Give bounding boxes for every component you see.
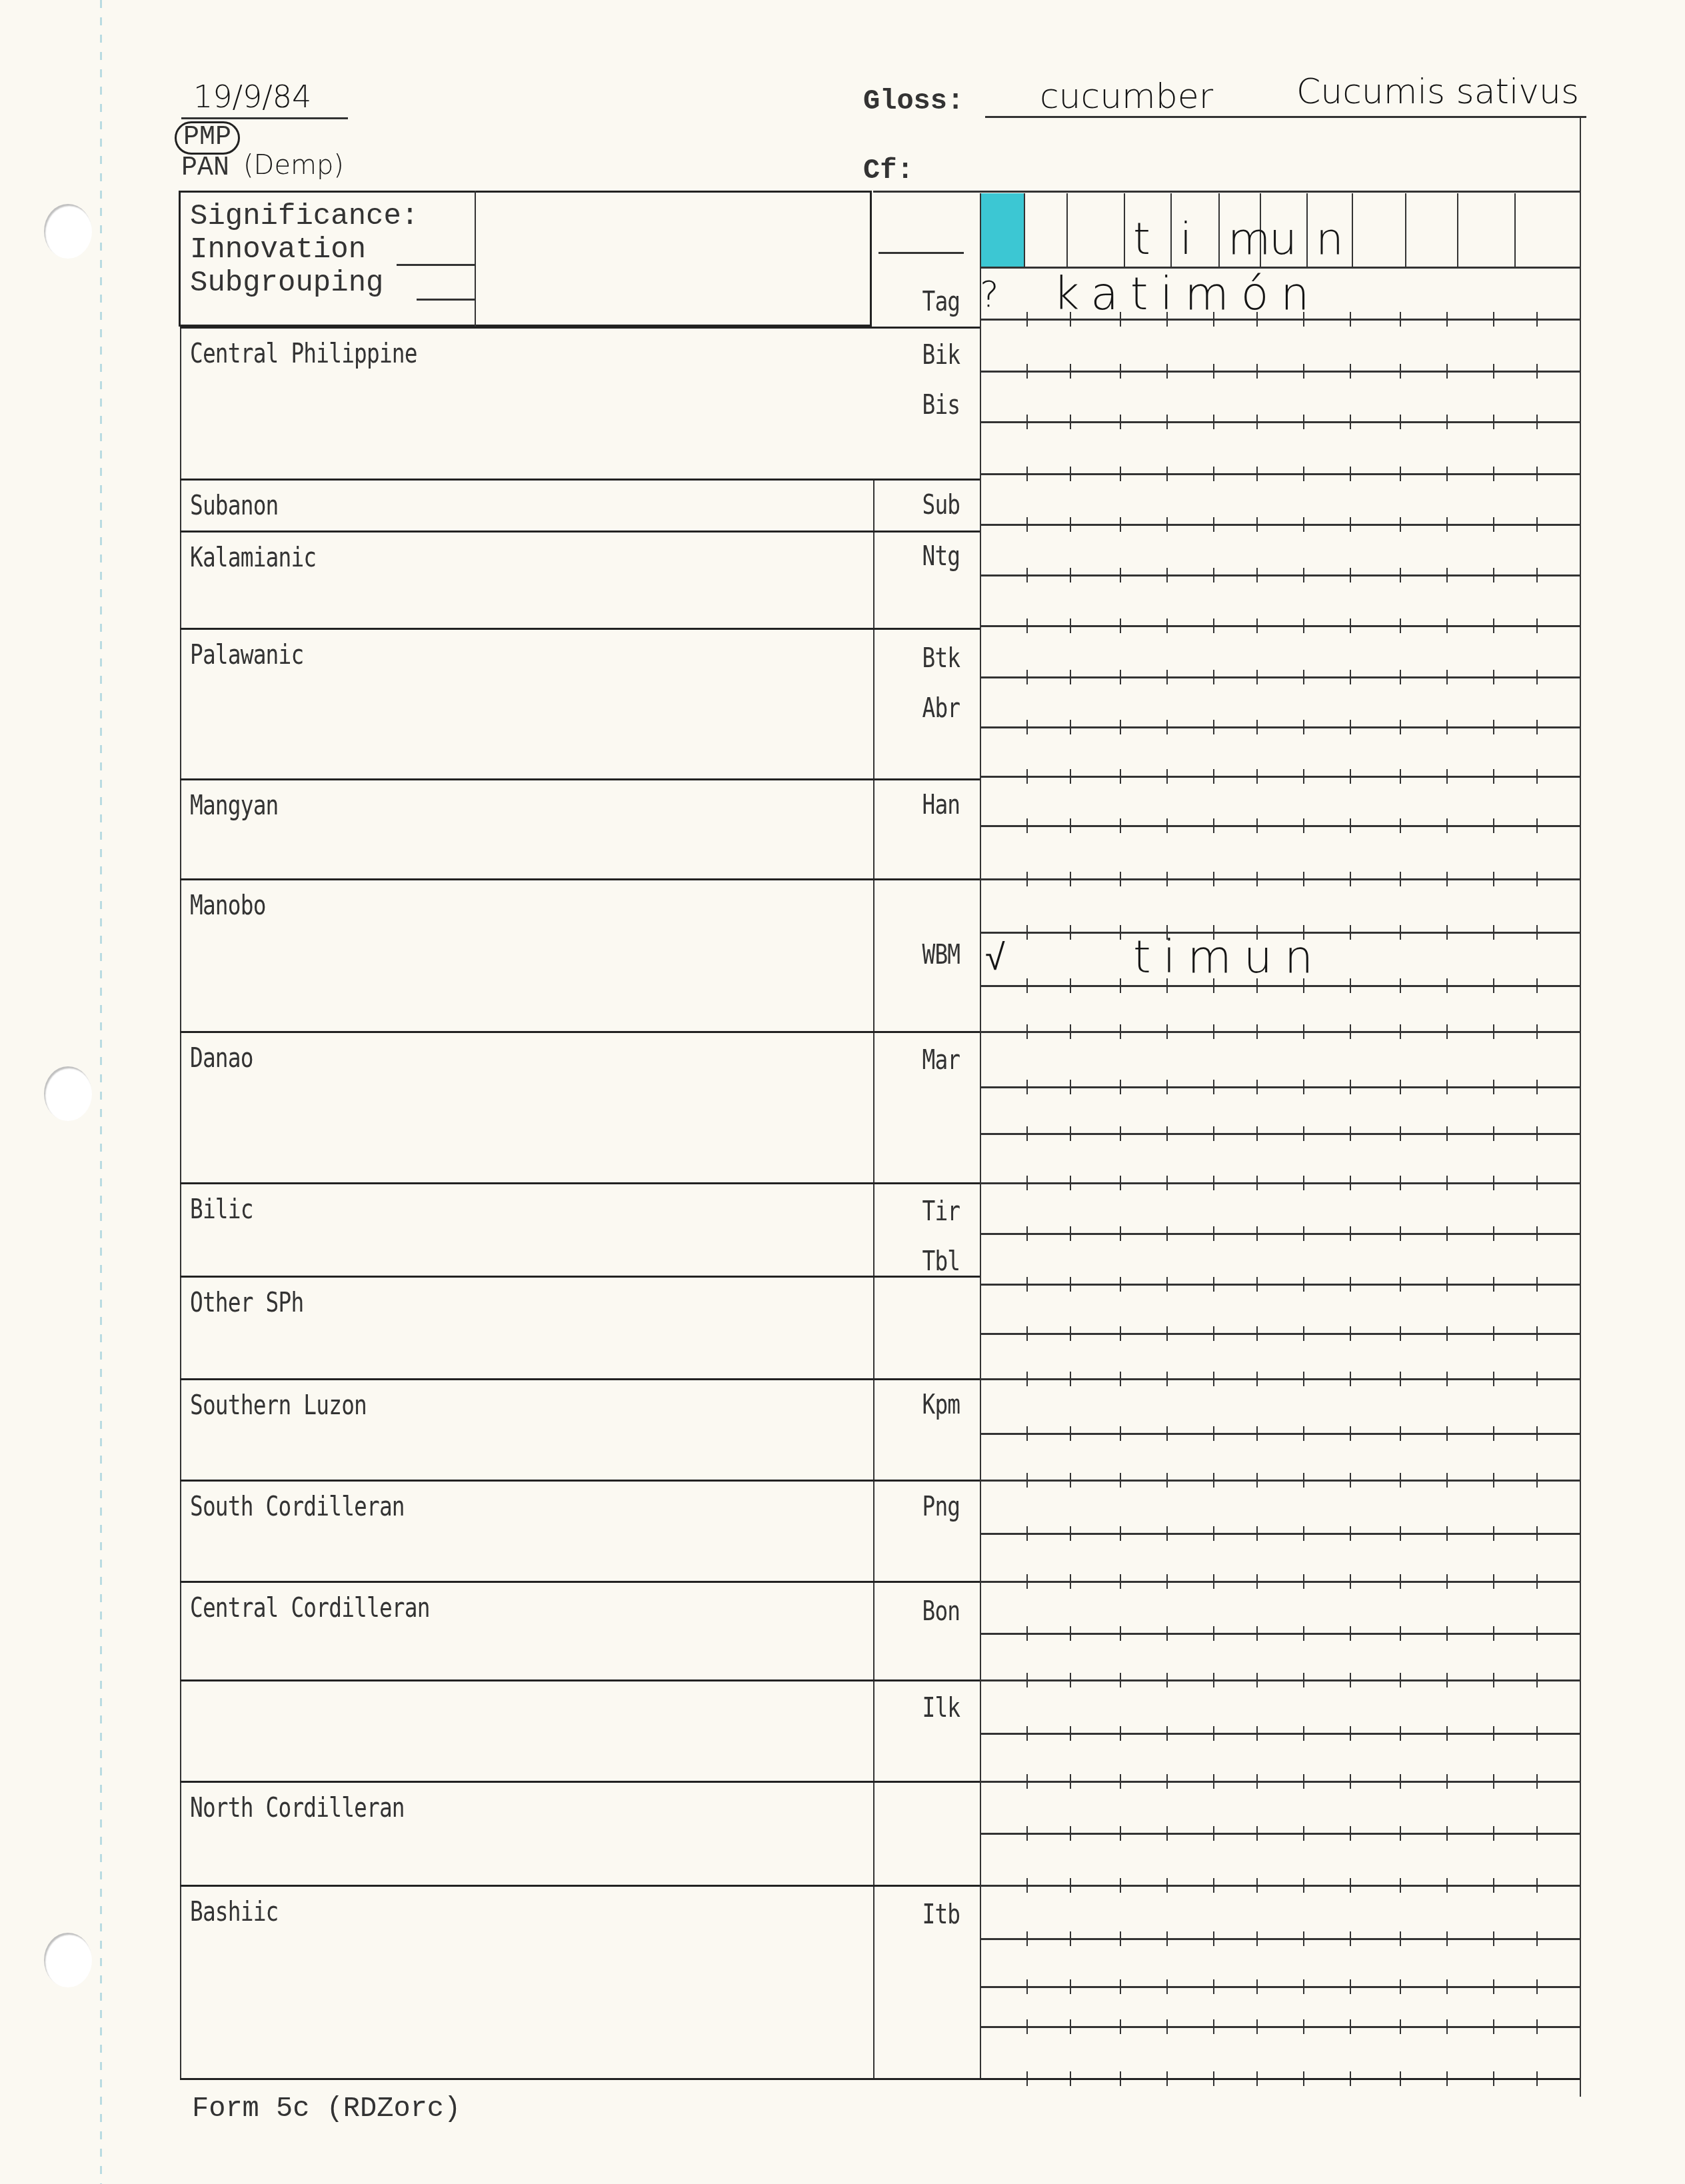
- tick-mark: [1303, 1473, 1304, 1488]
- tick-mark: [1213, 1878, 1214, 1893]
- tick-mark: [1166, 1024, 1168, 1039]
- tick-mark: [1350, 467, 1351, 481]
- tick-mark: [1493, 1473, 1494, 1488]
- tick-mark: [1026, 1126, 1028, 1141]
- language-abbr: Sub: [880, 490, 960, 521]
- tick-mark: [1350, 925, 1351, 940]
- tick-mark: [1493, 1024, 1494, 1039]
- group-name: South Cordilleran: [190, 1492, 451, 1522]
- subgrouping-label: Subgrouping: [190, 267, 419, 300]
- tick-mark: [1400, 1878, 1401, 1893]
- tick-mark: [1303, 872, 1304, 886]
- group-name-text: Palawanic: [190, 640, 303, 670]
- tick-mark: [1070, 1126, 1071, 1141]
- tick-mark: [1120, 1878, 1121, 1893]
- tick-mark: [1400, 1080, 1401, 1094]
- language-abbr: Ntg: [880, 541, 960, 572]
- significance-title: Significance:: [190, 200, 419, 233]
- tick-mark: [1120, 1024, 1121, 1039]
- tick-mark: [1400, 1526, 1401, 1541]
- tick-mark: [1213, 1673, 1214, 1687]
- language-abbr: Tag: [880, 287, 960, 317]
- grid-column-line: [1352, 193, 1353, 268]
- tick-mark: [1166, 568, 1168, 582]
- innovation-blank[interactable]: [397, 264, 475, 266]
- wbm-entry-mark: √: [985, 936, 1005, 978]
- group-name-text: Other SPh: [190, 1288, 303, 1318]
- tick-mark: [1213, 1176, 1214, 1190]
- tick-mark: [1350, 364, 1351, 379]
- tick-mark: [1536, 769, 1538, 784]
- tick-mark: [1166, 769, 1168, 784]
- tick-mark: [1350, 1878, 1351, 1893]
- tick-mark: [1166, 1726, 1168, 1741]
- tick-mark: [1400, 1979, 1401, 1994]
- tick-mark: [1120, 818, 1121, 833]
- tick-mark: [1400, 1277, 1401, 1292]
- tick-mark: [1026, 517, 1028, 532]
- tick-mark: [1446, 769, 1448, 784]
- tick-mark: [1026, 670, 1028, 684]
- tick-mark: [1536, 1931, 1538, 1946]
- tick-mark: [1350, 1024, 1351, 1039]
- language-abbr: Bon: [880, 1596, 960, 1627]
- tick-mark: [1400, 720, 1401, 734]
- tick-mark: [1070, 1024, 1071, 1039]
- group-name: North Cordilleran: [190, 1793, 451, 1823]
- language-abbr-text: Tbl: [922, 1246, 960, 1277]
- tick-mark: [1350, 1574, 1351, 1589]
- tick-mark: [1256, 1726, 1258, 1741]
- tick-mark: [1120, 925, 1121, 940]
- group-name-text: Danao: [190, 1043, 253, 1074]
- tick-mark: [1303, 618, 1304, 633]
- tick-mark: [1166, 1774, 1168, 1789]
- tick-mark: [1256, 1372, 1258, 1386]
- tick-mark: [1256, 517, 1258, 532]
- tick-mark: [1120, 618, 1121, 633]
- tick-mark: [1256, 1080, 1258, 1094]
- tick-mark: [1026, 1473, 1028, 1488]
- tick-mark: [1256, 1574, 1258, 1589]
- tick-mark: [1256, 1826, 1258, 1841]
- significance-text: Significance: Innovation Subgrouping: [190, 200, 419, 300]
- group-separator: [180, 1781, 980, 1783]
- language-abbr: Ilk: [880, 1693, 960, 1723]
- tick-mark: [1213, 1426, 1214, 1441]
- tick-mark: [1350, 1426, 1351, 1441]
- tick-mark: [1400, 670, 1401, 684]
- tick-mark: [1213, 1931, 1214, 1946]
- tick-mark: [1536, 1080, 1538, 1094]
- tick-mark: [1446, 1024, 1448, 1039]
- tick-mark: [1070, 670, 1071, 684]
- tag-entry-form[interactable]: katimón: [1053, 268, 1321, 321]
- level-note: (Demp): [243, 150, 344, 181]
- tick-mark: [1446, 1526, 1448, 1541]
- tick-mark: [1213, 1024, 1214, 1039]
- tick-mark: [1166, 517, 1168, 532]
- tick-mark: [1350, 1979, 1351, 1994]
- tick-mark: [1213, 720, 1214, 734]
- tick-mark: [1400, 1774, 1401, 1789]
- tick-mark: [1070, 1226, 1071, 1241]
- tick-mark: [1350, 312, 1351, 327]
- tick-mark: [1120, 1673, 1121, 1687]
- tick-mark: [1256, 1626, 1258, 1641]
- tick-mark: [1446, 1826, 1448, 1841]
- tick-mark: [1446, 415, 1448, 429]
- tick-mark: [1166, 1673, 1168, 1687]
- tick-mark: [1350, 1226, 1351, 1241]
- tick-mark: [1256, 769, 1258, 784]
- tick-mark: [1493, 517, 1494, 532]
- gloss-scientific[interactable]: Cucumis sativus: [1296, 72, 1579, 112]
- tick-mark: [1493, 467, 1494, 481]
- tick-mark: [1493, 670, 1494, 684]
- tick-mark: [1446, 1326, 1448, 1341]
- tick-mark: [1350, 618, 1351, 633]
- tick-mark: [1446, 1673, 1448, 1687]
- tick-mark: [1120, 872, 1121, 886]
- tick-mark: [1026, 1526, 1028, 1541]
- tick-mark: [1536, 978, 1538, 993]
- tick-mark: [1026, 2019, 1028, 2034]
- tick-mark: [1120, 769, 1121, 784]
- tick-mark: [1536, 2019, 1538, 2034]
- tick-mark: [1120, 720, 1121, 734]
- group-name: Bilic: [190, 1194, 267, 1225]
- tick-mark: [1350, 720, 1351, 734]
- tick-mark: [1166, 872, 1168, 886]
- tick-mark: [1166, 1826, 1168, 1841]
- tick-mark: [1446, 312, 1448, 327]
- tick-mark: [1350, 1326, 1351, 1341]
- reconstruction-dash: [878, 252, 964, 254]
- grid-column-line: [1457, 193, 1458, 268]
- tick-mark: [1166, 618, 1168, 633]
- group-name: Bashiic: [190, 1897, 298, 1927]
- tick-mark: [1350, 1372, 1351, 1386]
- tick-mark: [1493, 568, 1494, 582]
- grid-column-line: [1580, 193, 1581, 268]
- group-name: Other SPh: [190, 1288, 329, 1318]
- tick-mark: [1213, 670, 1214, 684]
- tick-mark: [1303, 364, 1304, 379]
- tick-mark: [1070, 818, 1071, 833]
- tick-mark: [1350, 1931, 1351, 1946]
- group-name: Danao: [190, 1043, 267, 1074]
- tick-mark: [1070, 1372, 1071, 1386]
- tick-mark: [1026, 1979, 1028, 1994]
- tick-mark: [1256, 415, 1258, 429]
- tick-mark: [1536, 1176, 1538, 1190]
- tick-mark: [1070, 978, 1071, 993]
- tick-mark: [1446, 1226, 1448, 1241]
- cf-label: Cf:: [863, 155, 914, 187]
- tick-mark: [1446, 2019, 1448, 2034]
- tick-mark: [1120, 364, 1121, 379]
- form-label: Form 5c (RDZorc): [192, 2093, 461, 2125]
- tick-mark: [1536, 415, 1538, 429]
- tick-mark: [1070, 568, 1071, 582]
- grid-column-line: [1218, 193, 1220, 268]
- tick-mark: [1070, 415, 1071, 429]
- tick-mark: [1256, 1526, 1258, 1541]
- tick-mark: [1213, 415, 1214, 429]
- tick-mark: [1120, 1574, 1121, 1589]
- tick-mark: [1166, 467, 1168, 481]
- tick-mark: [1350, 415, 1351, 429]
- tick-mark: [1536, 1126, 1538, 1141]
- language-abbr-text: Mar: [922, 1045, 960, 1076]
- tick-mark: [1400, 1473, 1401, 1488]
- tick-mark: [1536, 872, 1538, 886]
- tick-mark: [1493, 1277, 1494, 1292]
- tick-mark: [1446, 1726, 1448, 1741]
- tick-mark: [1213, 1726, 1214, 1741]
- date-underline: [181, 117, 348, 119]
- tick-mark: [1446, 1626, 1448, 1641]
- tick-mark: [1026, 568, 1028, 582]
- tick-mark: [1493, 1878, 1494, 1893]
- tick-mark: [1166, 364, 1168, 379]
- tick-mark: [1213, 568, 1214, 582]
- tick-mark: [1303, 720, 1304, 734]
- tick-mark: [1400, 872, 1401, 886]
- grid-column-line: [1024, 193, 1025, 268]
- tick-mark: [1070, 925, 1071, 940]
- language-abbr-text: Tag: [922, 287, 960, 317]
- language-abbr: Png: [880, 1492, 960, 1522]
- tick-mark: [1026, 1426, 1028, 1441]
- tick-mark: [1213, 1473, 1214, 1488]
- tick-mark: [1213, 618, 1214, 633]
- tick-mark: [1536, 1878, 1538, 1893]
- tick-mark: [1026, 1080, 1028, 1094]
- grid-column-line: [1066, 193, 1068, 268]
- tick-mark: [1166, 2019, 1168, 2034]
- tick-mark: [1536, 1626, 1538, 1641]
- tick-mark: [1070, 364, 1071, 379]
- tick-mark: [1446, 1372, 1448, 1386]
- language-abbr-text: Tir: [922, 1196, 960, 1227]
- language-abbr: Kpm: [880, 1390, 960, 1420]
- tick-mark: [1446, 364, 1448, 379]
- tick-mark: [1400, 769, 1401, 784]
- tick-mark: [1303, 467, 1304, 481]
- tick-mark: [1303, 1372, 1304, 1386]
- tick-mark: [1026, 1277, 1028, 1292]
- tick-mark: [1213, 1774, 1214, 1789]
- tick-mark: [1303, 1673, 1304, 1687]
- tick-mark: [1166, 1372, 1168, 1386]
- tick-mark: [1026, 618, 1028, 633]
- tick-mark: [1303, 1176, 1304, 1190]
- tick-mark: [1303, 1726, 1304, 1741]
- tick-mark: [1536, 1326, 1538, 1341]
- tick-mark: [1493, 1226, 1494, 1241]
- tick-mark: [1303, 1878, 1304, 1893]
- tick-mark: [1536, 1774, 1538, 1789]
- tick-mark: [1120, 1326, 1121, 1341]
- tick-mark: [1350, 1277, 1351, 1292]
- tick-mark: [1536, 818, 1538, 833]
- tick-mark: [1213, 1226, 1214, 1241]
- tick-mark: [1070, 1826, 1071, 1841]
- table-bottom: [180, 2078, 1580, 2080]
- tick-mark: [1026, 1326, 1028, 1341]
- wbm-entry-form[interactable]: timun: [1133, 931, 1325, 984]
- group-name-text: Central Philippine: [190, 339, 417, 369]
- tick-mark: [1120, 1626, 1121, 1641]
- tick-mark: [1350, 1673, 1351, 1687]
- tick-mark: [1536, 1473, 1538, 1488]
- tick-mark: [1303, 2019, 1304, 2034]
- language-abbr-text: Bon: [922, 1596, 960, 1627]
- language-abbr-text: Bis: [922, 390, 960, 421]
- tick-mark: [1493, 1126, 1494, 1141]
- header-bottom-line: [873, 191, 1581, 193]
- tick-mark: [1493, 1372, 1494, 1386]
- tick-mark: [1070, 1426, 1071, 1441]
- tick-mark: [1536, 1826, 1538, 1841]
- tick-mark: [1213, 1277, 1214, 1292]
- tick-mark: [1350, 818, 1351, 833]
- grid-column-line: [980, 193, 981, 268]
- reconstruction-letter: m: [1228, 213, 1270, 265]
- tick-mark: [1070, 1979, 1071, 1994]
- tick-mark: [1026, 1826, 1028, 1841]
- tick-mark: [1400, 1931, 1401, 1946]
- group-name: Mangyan: [190, 790, 298, 821]
- tick-mark: [1026, 1176, 1028, 1190]
- tick-mark: [1303, 1574, 1304, 1589]
- tick-mark: [1493, 818, 1494, 833]
- tick-mark: [1166, 1176, 1168, 1190]
- tick-mark: [1446, 1126, 1448, 1141]
- tick-mark: [1400, 1326, 1401, 1341]
- tick-mark: [1026, 1372, 1028, 1386]
- language-abbr-text: Ilk: [922, 1693, 960, 1723]
- date: 19/9/84: [193, 79, 311, 115]
- tick-mark: [1303, 1080, 1304, 1094]
- language-abbr-text: Abr: [922, 693, 960, 724]
- group-name-text: Bashiic: [190, 1897, 278, 1927]
- tick-mark: [1400, 1176, 1401, 1190]
- tick-mark: [1026, 1574, 1028, 1589]
- tick-mark: [1256, 1774, 1258, 1789]
- tick-mark: [1446, 517, 1448, 532]
- tick-mark: [1120, 1931, 1121, 1946]
- tick-mark: [1256, 1126, 1258, 1141]
- group-separator: [180, 1581, 980, 1583]
- level-pan: PAN: [181, 153, 229, 183]
- language-abbr-text: Btk: [922, 643, 960, 674]
- language-abbr: Tbl: [880, 1246, 960, 1277]
- tick-mark: [1303, 769, 1304, 784]
- language-abbr-text: Kpm: [922, 1390, 960, 1420]
- tick-mark: [1213, 517, 1214, 532]
- group-name-text: Mangyan: [190, 790, 278, 821]
- tick-mark: [1400, 618, 1401, 633]
- tick-mark: [1303, 1326, 1304, 1341]
- gloss-value[interactable]: cucumber: [1040, 77, 1213, 117]
- tick-mark: [1350, 1080, 1351, 1094]
- tick-mark: [1120, 1080, 1121, 1094]
- tick-mark: [1446, 568, 1448, 582]
- tick-mark: [1256, 720, 1258, 734]
- tick-mark: [1350, 2019, 1351, 2034]
- tick-mark: [1166, 1526, 1168, 1541]
- group-separator: [180, 1378, 980, 1380]
- tick-mark: [1166, 818, 1168, 833]
- tick-mark: [1446, 1426, 1448, 1441]
- tick-mark: [1400, 568, 1401, 582]
- tick-mark: [1070, 517, 1071, 532]
- significance-divider: [475, 191, 476, 327]
- group-separator: [180, 1885, 980, 1887]
- tick-mark: [1026, 1626, 1028, 1641]
- tick-mark: [1536, 1372, 1538, 1386]
- tick-mark: [1493, 1673, 1494, 1687]
- tick-mark: [1536, 618, 1538, 633]
- tick-mark: [1400, 1426, 1401, 1441]
- tick-mark: [1070, 872, 1071, 886]
- tick-mark: [1070, 2019, 1071, 2034]
- tick-mark: [1446, 925, 1448, 940]
- tick-mark: [1256, 1673, 1258, 1687]
- tick-mark: [1120, 670, 1121, 684]
- group-name-text: Southern Luzon: [190, 1390, 367, 1421]
- tick-mark: [1493, 978, 1494, 993]
- tick-mark: [1303, 1774, 1304, 1789]
- tick-mark: [1070, 1277, 1071, 1292]
- tick-mark: [1536, 1277, 1538, 1292]
- tick-mark: [1166, 1226, 1168, 1241]
- tick-mark: [1303, 1626, 1304, 1641]
- abbr-lines-divider: [980, 267, 981, 2078]
- tick-mark: [1120, 1526, 1121, 1541]
- tick-mark: [1213, 2019, 1214, 2034]
- tick-mark: [1350, 1774, 1351, 1789]
- tick-mark: [1256, 1979, 1258, 1994]
- tick-mark: [1256, 818, 1258, 833]
- tick-mark: [1166, 1080, 1168, 1094]
- language-abbr-text: WBM: [922, 940, 960, 970]
- left-border: [180, 327, 181, 2078]
- name-abbr-divider: [873, 479, 874, 2078]
- tick-mark: [1446, 818, 1448, 833]
- tick-mark: [1166, 1979, 1168, 1994]
- subgrouping-blank[interactable]: [417, 299, 475, 301]
- tick-mark: [1350, 670, 1351, 684]
- tick-mark: [1446, 618, 1448, 633]
- tick-mark: [1303, 1277, 1304, 1292]
- tick-mark: [1026, 1878, 1028, 1893]
- group-name: Palawanic: [190, 640, 329, 670]
- tick-mark: [1400, 467, 1401, 481]
- tick-mark: [1120, 467, 1121, 481]
- tick-mark: [1213, 872, 1214, 886]
- tick-mark: [1400, 2019, 1401, 2034]
- tick-mark: [1120, 1126, 1121, 1141]
- tick-mark: [1256, 1176, 1258, 1190]
- tick-mark: [1536, 517, 1538, 532]
- tick-mark: [1400, 1126, 1401, 1141]
- group-name-text: Kalamianic: [190, 543, 316, 573]
- tick-mark: [1400, 818, 1401, 833]
